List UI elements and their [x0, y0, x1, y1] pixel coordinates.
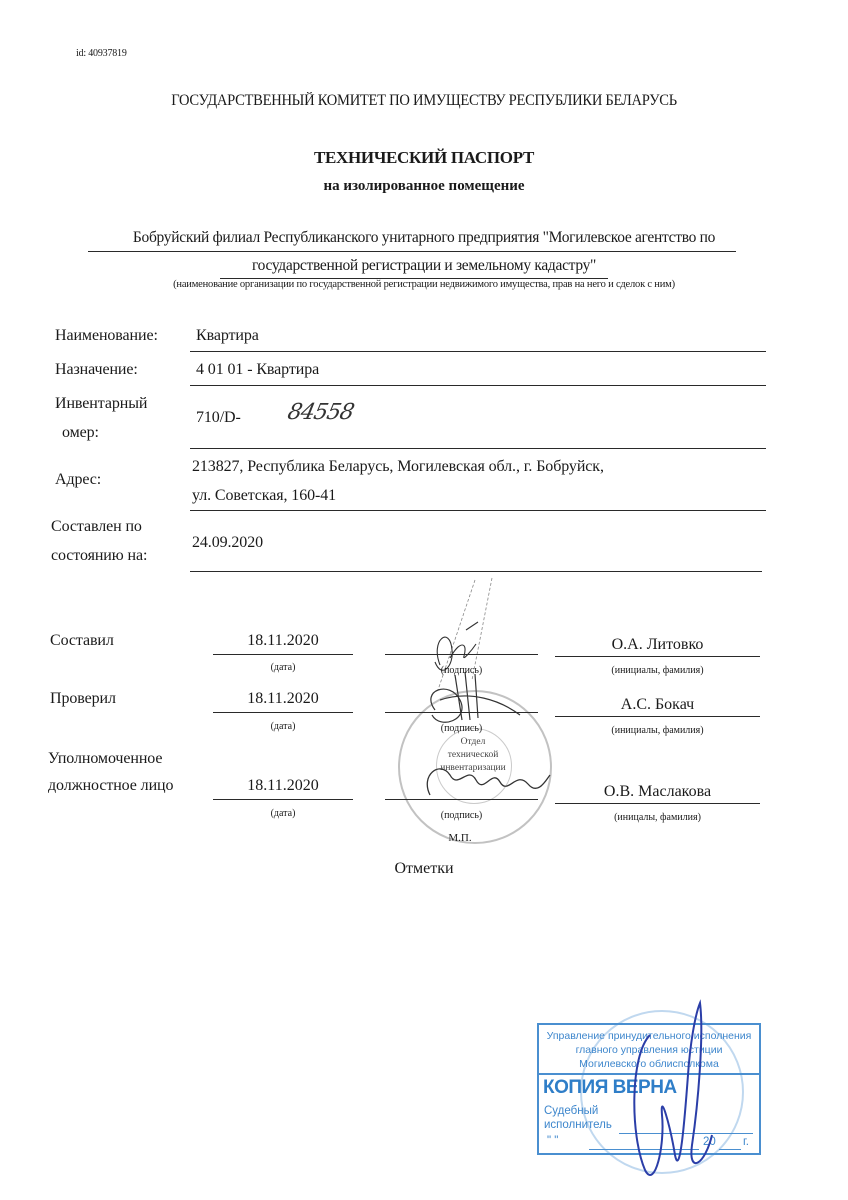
purpose-value: 4 01 01 - Квартира: [196, 361, 319, 379]
compiled-by-label: Составил: [50, 632, 114, 650]
officer-line-1: Судебный: [544, 1105, 598, 1117]
seal-line-2: технической: [432, 749, 514, 762]
compiled-name-caption: (инициалы, фамилия): [555, 665, 760, 676]
document-subtitle: на изолированное помещение: [0, 178, 848, 195]
compiled-signature-caption: (подпись): [385, 665, 538, 676]
as-of-value: 24.09.2020: [192, 534, 263, 552]
officer-line-2: исполнитель: [544, 1119, 612, 1131]
document-id: id: 40937819: [76, 48, 127, 59]
authorized-signature-caption: (подпись): [385, 810, 538, 821]
seal-line-1: Отдел: [432, 736, 514, 749]
authorized-date-caption: (дата): [213, 808, 353, 819]
as-of-label-line-1: Составлен по: [51, 518, 142, 536]
name-value: Квартира: [196, 327, 259, 345]
marks-heading: Отметки: [0, 860, 848, 878]
authorized-name-caption: (иницалы, фамилия): [555, 812, 760, 823]
checked-date: 18.11.2020: [213, 690, 353, 708]
authorized-name-line: [555, 803, 760, 804]
purpose-label: Назначение:: [55, 361, 138, 379]
compiled-date-caption: (дата): [213, 662, 353, 673]
compiled-date: 18.11.2020: [213, 632, 353, 650]
address-label: Адрес:: [55, 471, 101, 489]
checked-name: А.С. Бокач: [555, 696, 760, 714]
authorized-date-line: [213, 799, 353, 800]
authorized-label-line-1: Уполномоченное: [48, 750, 162, 768]
copy-officer-signature: [620, 995, 720, 1200]
organization-underline-1: [88, 251, 736, 252]
authorized-date: 18.11.2020: [213, 777, 353, 795]
compiled-name: О.А. Литовко: [555, 636, 760, 654]
seal-mp-label: М.П.: [420, 832, 500, 844]
copy-date-quotes: " ": [547, 1135, 558, 1147]
inventory-handwritten-number: 84558: [285, 400, 355, 425]
address-line-2: ул. Советская, 160-41: [192, 487, 336, 505]
authorized-name: О.В. Маслакова: [555, 783, 760, 801]
organization-caption: (наименование организации по государстве…: [0, 279, 848, 290]
checked-signature-caption: (подпись): [385, 723, 538, 734]
copy-year-line: [719, 1149, 741, 1150]
committee-heading: ГОСУДАРСТВЕННЫЙ КОМИТЕТ ПО ИМУЩЕСТВУ РЕС…: [25, 92, 822, 110]
organization-line-1: Бобруйский филиал Республиканского унита…: [0, 229, 848, 247]
checked-name-caption: (инициалы, фамилия): [555, 725, 760, 736]
checked-name-line: [555, 716, 760, 717]
purpose-underline: [190, 385, 766, 386]
checked-signature-line: [385, 712, 538, 713]
authorized-signature-line: [385, 799, 538, 800]
inventory-underline: [190, 448, 766, 449]
seal-line-3: инвентаризации: [432, 762, 514, 775]
address-line-1: 213827, Республика Беларусь, Могилевская…: [192, 458, 604, 476]
address-underline: [190, 510, 766, 511]
authorized-label-line-2: должностное лицо: [48, 777, 173, 795]
as-of-label-line-2: состоянию на:: [51, 547, 147, 565]
document-title: ТЕХНИЧЕСКИЙ ПАСПОРТ: [0, 148, 848, 168]
compiled-signature-line: [385, 654, 538, 655]
compiled-date-line: [213, 654, 353, 655]
inventory-prefix: 710/D-: [196, 409, 241, 427]
seal-center-text: Отдел технической инвентаризации: [432, 736, 514, 775]
name-underline: [190, 351, 766, 352]
copy-year-suffix: г.: [743, 1136, 749, 1148]
checked-date-line: [213, 712, 353, 713]
name-label: Наименование:: [55, 327, 158, 345]
organization-line-2: государственной регистрации и земельному…: [0, 257, 848, 275]
checked-date-caption: (дата): [213, 721, 353, 732]
compiled-name-line: [555, 656, 760, 657]
checked-by-label: Проверил: [50, 690, 116, 708]
inventory-label-line-1: Инвентарный: [55, 395, 147, 413]
inventory-label-line-2: омер:: [62, 424, 99, 442]
